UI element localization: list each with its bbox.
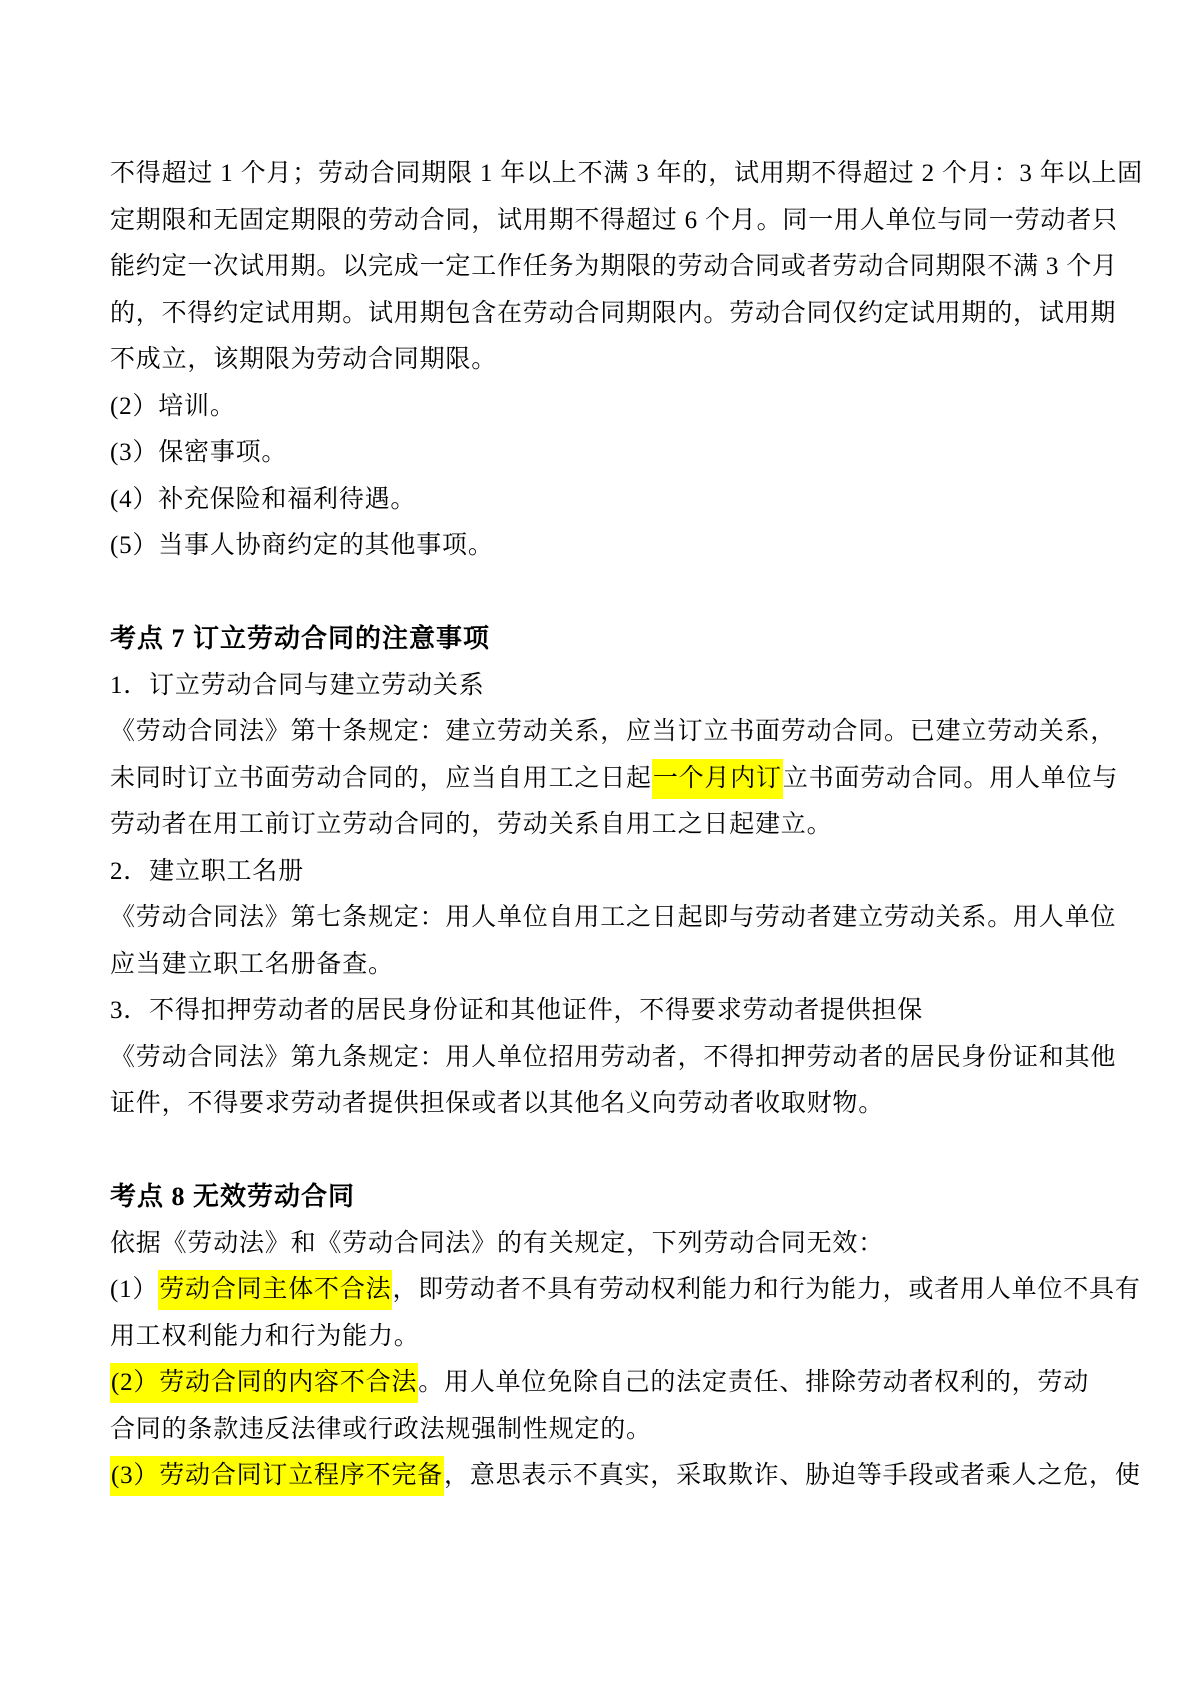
section-heading: 考点 7 订立劳动合同的注意事项 xyxy=(110,616,1100,663)
text-run: 。用人单位免除自己的法定责任、排除劳动者权利的，劳动 xyxy=(418,1369,1089,1396)
text-run: ，意思表示不真实，采取欺诈、胁迫等手段或者乘人之危，使 xyxy=(444,1462,1141,1489)
text-line: 定期限和无固定期限的劳动合同，试用期不得超过 6 个月。同一用人单位与同一劳动者… xyxy=(110,198,1100,245)
text-run: 2．建立职工名册 xyxy=(110,858,304,885)
text-run: 的，不得约定试用期。试用期包含在劳动合同期限内。劳动合同仅约定试用期的，试用期 xyxy=(110,300,1116,327)
text-run: (5）当事人协商约定的其他事项。 xyxy=(110,532,494,559)
text-run: (2）培训。 xyxy=(110,393,236,420)
text-line: 不成立，该期限为劳动合同期限。 xyxy=(110,337,1100,384)
text-run: ，即劳动者不具有劳动权利能力和行为能力，或者用人单位不具有 xyxy=(392,1276,1140,1303)
text-line: 《劳动合同法》第七条规定：用人单位自用工之日起即与劳动者建立劳动关系。用人单位 xyxy=(110,895,1100,942)
text-run: 《劳动合同法》第十条规定：建立劳动关系，应当订立书面劳动合同。已建立劳动关系， xyxy=(110,718,1116,745)
highlighted-text: (3）劳动合同订立程序不完备 xyxy=(110,1456,444,1496)
text-run: 证件，不得要求劳动者提供担保或者以其他名义向劳动者收取财物。 xyxy=(110,1090,884,1117)
highlighted-text: (2）劳动合同的内容不合法 xyxy=(110,1363,418,1403)
document-content: 不得超过 1 个月；劳动合同期限 1 年以上不满 3 年的，试用期不得超过 2 … xyxy=(110,151,1100,1500)
text-run: 劳动者在用工前订立劳动合同的，劳动关系自用工之日起建立。 xyxy=(110,811,832,838)
text-run: (3）保密事项。 xyxy=(110,439,287,466)
text-line: 《劳动合同法》第十条规定：建立劳动关系，应当订立书面劳动合同。已建立劳动关系， xyxy=(110,709,1100,756)
text-line: 2．建立职工名册 xyxy=(110,849,1100,896)
text-line: (4）补充保险和福利待遇。 xyxy=(110,477,1100,524)
highlighted-text: 劳动合同主体不合法 xyxy=(158,1270,392,1310)
text-run: 立书面劳动合同。用人单位与 xyxy=(783,765,1118,792)
text-line: (3）劳动合同订立程序不完备，意思表示不真实，采取欺诈、胁迫等手段或者乘人之危，… xyxy=(110,1453,1100,1500)
text-line: (3）保密事项。 xyxy=(110,430,1100,477)
text-run: 考点 7 订立劳动合同的注意事项 xyxy=(110,624,490,653)
text-run: 定期限和无固定期限的劳动合同，试用期不得超过 6 个月。同一用人单位与同一劳动者… xyxy=(110,207,1118,234)
text-run: 考点 8 无效劳动合同 xyxy=(110,1182,355,1211)
text-run: 应当建立职工名册备查。 xyxy=(110,951,394,978)
text-line: 3．不得扣押劳动者的居民身份证和其他证件，不得要求劳动者提供担保 xyxy=(110,988,1100,1035)
text-line: (1）劳动合同主体不合法，即劳动者不具有劳动权利能力和行为能力，或者用人单位不具… xyxy=(110,1267,1100,1314)
text-line: 不得超过 1 个月；劳动合同期限 1 年以上不满 3 年的，试用期不得超过 2 … xyxy=(110,151,1100,198)
text-line: 依据《劳动法》和《劳动合同法》的有关规定，下列劳动合同无效： xyxy=(110,1221,1100,1268)
text-line: 能约定一次试用期。以完成一定工作任务为期限的劳动合同或者劳动合同期限不满 3 个… xyxy=(110,244,1100,291)
text-line: 应当建立职工名册备查。 xyxy=(110,942,1100,989)
blank-line xyxy=(110,1128,1100,1175)
highlighted-text: 一个月内订 xyxy=(652,759,783,799)
text-line: (2）劳动合同的内容不合法。用人单位免除自己的法定责任、排除劳动者权利的，劳动 xyxy=(110,1360,1100,1407)
text-run: (4）补充保险和福利待遇。 xyxy=(110,486,416,513)
document-page: 不得超过 1 个月；劳动合同期限 1 年以上不满 3 年的，试用期不得超过 2 … xyxy=(0,0,1191,1684)
text-line: (2）培训。 xyxy=(110,384,1100,431)
text-line: 未同时订立书面劳动合同的，应当自用工之日起一个月内订立书面劳动合同。用人单位与 xyxy=(110,756,1100,803)
text-run: 《劳动合同法》第七条规定：用人单位自用工之日起即与劳动者建立劳动关系。用人单位 xyxy=(110,904,1116,931)
blank-line xyxy=(110,570,1100,617)
text-line: 劳动者在用工前订立劳动合同的，劳动关系自用工之日起建立。 xyxy=(110,802,1100,849)
text-run: 3．不得扣押劳动者的居民身份证和其他证件，不得要求劳动者提供担保 xyxy=(110,997,923,1024)
section-heading: 考点 8 无效劳动合同 xyxy=(110,1174,1100,1221)
text-run: 未同时订立书面劳动合同的，应当自用工之日起 xyxy=(110,765,652,792)
text-run: 合同的条款违反法律或行政法规强制性规定的。 xyxy=(110,1416,652,1443)
text-run: 能约定一次试用期。以完成一定工作任务为期限的劳动合同或者劳动合同期限不满 3 个… xyxy=(110,253,1118,280)
text-line: 合同的条款违反法律或行政法规强制性规定的。 xyxy=(110,1407,1100,1454)
text-line: 的，不得约定试用期。试用期包含在劳动合同期限内。劳动合同仅约定试用期的，试用期 xyxy=(110,291,1100,338)
text-run: 依据《劳动法》和《劳动合同法》的有关规定，下列劳动合同无效： xyxy=(110,1230,884,1257)
text-line: 1．订立劳动合同与建立劳动关系 xyxy=(110,663,1100,710)
text-line: (5）当事人协商约定的其他事项。 xyxy=(110,523,1100,570)
text-run: 不成立，该期限为劳动合同期限。 xyxy=(110,346,497,373)
text-run: 不得超过 1 个月；劳动合同期限 1 年以上不满 3 年的，试用期不得超过 2 … xyxy=(110,160,1143,187)
text-line: 《劳动合同法》第九条规定：用人单位招用劳动者，不得扣押劳动者的居民身份证和其他 xyxy=(110,1035,1100,1082)
text-line: 用工权利能力和行为能力。 xyxy=(110,1314,1100,1361)
text-run: 1．订立劳动合同与建立劳动关系 xyxy=(110,672,485,699)
text-run: (1） xyxy=(110,1276,158,1303)
text-line: 证件，不得要求劳动者提供担保或者以其他名义向劳动者收取财物。 xyxy=(110,1081,1100,1128)
text-run: 用工权利能力和行为能力。 xyxy=(110,1323,420,1350)
text-run: 《劳动合同法》第九条规定：用人单位招用劳动者，不得扣押劳动者的居民身份证和其他 xyxy=(110,1044,1116,1071)
